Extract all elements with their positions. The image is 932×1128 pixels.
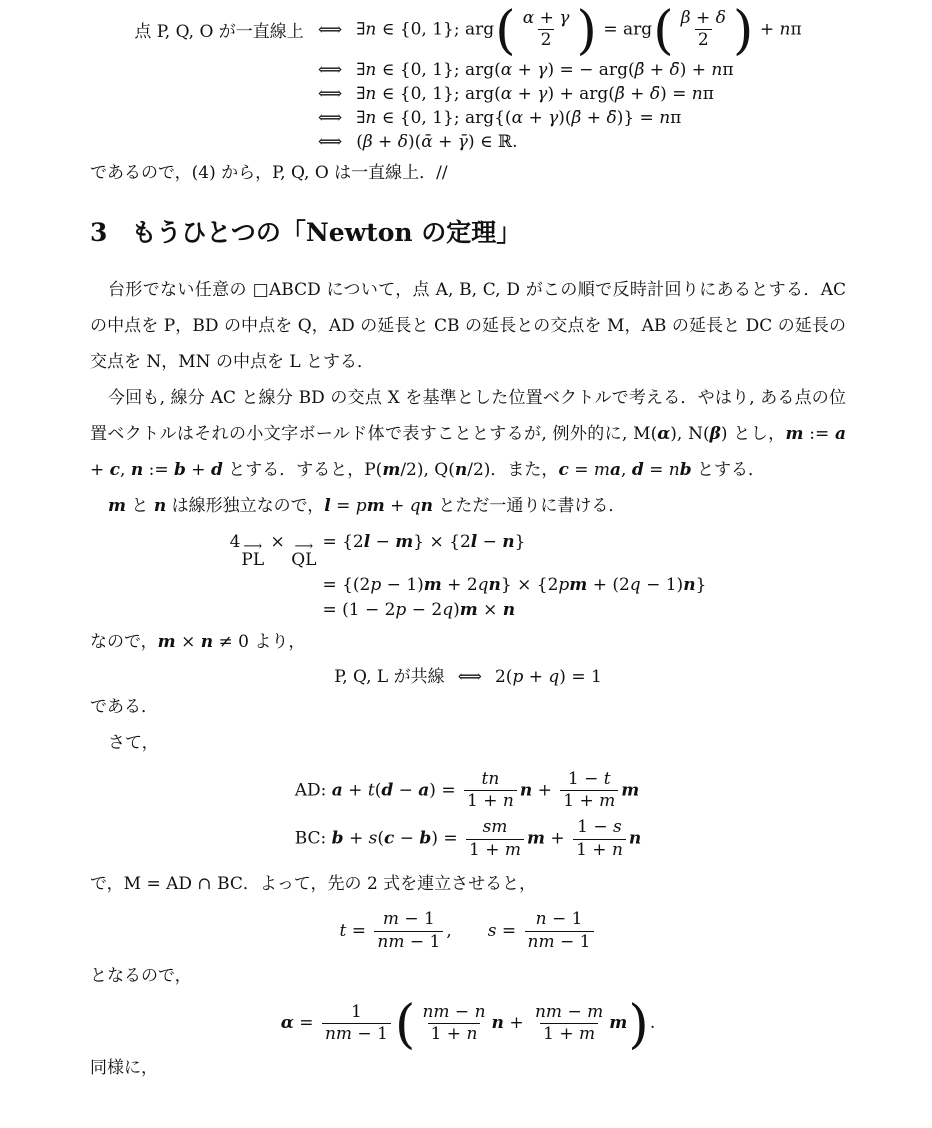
equation-rhs: ∃n ∈ {0, 1}; arg(α + γ2) = arg(β + δ2) +… [356,6,801,58]
equation-block-ad-bc: AD: a + t(d − a) = tn1 + nn + 1 − t1 + m… [90,766,846,863]
fraction-numerator: 1 − t [565,769,614,790]
math-vector: n [492,1013,504,1033]
equation-row: ⟺ ∃n ∈ {0, 1}; arg{(α + γ)(β̄ + δ̄)} = n… [134,106,801,130]
equation-row: ⟺ ∃n ∈ {0, 1}; arg(α + γ) + arg(β̄ + δ̄)… [134,82,801,106]
equation-lhs-empty [134,106,317,130]
times-symbol: × [265,532,290,552]
equation-lhs: 点 P, Q, O が一直線上 [134,6,317,58]
vector-base: PL [241,552,264,570]
fraction-denominator: 1 + n [428,1023,481,1045]
vector-ql: ⟶QL [291,542,316,570]
paragraph-dearu: である． [90,689,846,725]
math-text: α = [281,1013,319,1033]
section-number: 3 [90,218,107,247]
fraction-numerator: 1 [348,1002,365,1023]
equation-row: ⟺ ∃n ∈ {0, 1}; arg(α + γ) = − arg(β̄ + δ… [134,58,801,82]
math-text: = arg [598,19,652,39]
math-text: t = [339,921,371,941]
equation-lhs-empty [230,572,318,597]
iff-symbol: ⟺ [445,667,495,687]
equation-bc: BC: b + s(c − b) = sm1 + mm + 1 − s1 + n… [295,815,642,864]
fraction-denominator: 1 + m [540,1023,598,1045]
equation-rhs: ∃n ∈ {0, 1}; arg(α + γ) + arg(β̄ + δ̄) =… [356,82,801,106]
equation-block-pl-ql: 4⟶PL × ⟶QL = {2l − m} × {2l − n} = {(2p … [90,530,846,623]
fraction-numerator: nm − m [532,1002,606,1023]
fraction-numerator: sm [480,817,511,838]
equation-row: 4⟶PL × ⟶QL = {2l − m} × {2l − n} [230,530,707,573]
math-text: ∃n ∈ {0, 1}; arg [356,19,494,39]
equation-rhs: ∃n ∈ {0, 1}; arg(α + γ) = − arg(β̄ + δ̄)… [356,58,801,82]
equation-row: = {(2p − 1)m + 2qn} × {2pm + (2q − 1)n} [230,572,707,597]
fraction: m − 1nm − 1 [374,909,443,953]
fraction: 1 − s1 + n [573,817,626,861]
equation-rhs: = (1 − 2p − 2q)m × n [317,597,706,622]
fraction-denominator: 2 [538,29,555,51]
iff-symbol: ⟺ [318,82,356,106]
equation-lhs: 4⟶PL × ⟶QL [230,530,318,573]
equation-lhs-empty [134,130,317,154]
paragraph-nanode: なので，m × n ≠ 0 より， [90,624,846,660]
equation-lhs-empty [134,58,317,82]
fraction: sm1 + m [466,817,524,861]
equation-rhs: = {(2p − 1)m + 2qn} × {2pm + (2q − 1)n} [317,572,706,597]
paragraph-linear-independence: m と n は線形独立なので，l = pm + qn とただ一通りに書ける． [90,488,846,524]
math-vector: m [609,1013,627,1033]
paragraph-douyou: 同様に， [90,1050,846,1086]
fraction: 1 − t1 + m [560,769,618,813]
fraction-numerator: nm − n [419,1002,488,1023]
fraction-numerator: m − 1 [380,909,438,930]
fraction: β + δ2 [678,8,729,52]
aligned-equations: AD: a + t(d − a) = tn1 + nn + 1 − t1 + m… [295,766,642,863]
math-text: AD: a + t(d − a) = [295,780,461,800]
math-vector: n [629,829,641,849]
fraction-numerator: β + δ [678,8,729,29]
fraction-denominator: nm − 1 [525,931,594,953]
comma: , [446,921,451,941]
equation-collinear: P, Q, L が共線⟺2(p + q) = 1 [90,662,846,687]
fraction: tn1 + n [464,769,517,813]
math-text: 2(p + q) = 1 [495,667,602,687]
math-text: P, Q, L が共線 [334,667,444,687]
iff-symbol: ⟺ [318,6,356,58]
equation-row: ⟺ (β + δ)(ᾱ + γ̄) ∈ ℝ. [134,130,801,154]
aligned-equations: 4⟶PL × ⟶QL = {2l − m} × {2l − n} = {(2p … [230,530,707,623]
equation-rhs: = {2l − m} × {2l − n} [317,530,706,573]
math-vector: m [527,829,545,849]
math-coefficient: 4 [230,532,241,552]
equation-ts: t = m − 1nm − 1,s = n − 1nm − 1 [90,909,846,953]
equation-lhs-empty [134,82,317,106]
vector-base: QL [291,552,316,570]
section-heading: 3もうひとつの「Newton の定理」 [90,218,846,248]
math-vector: m [621,780,639,800]
equation-row: BC: b + s(c − b) = sm1 + mm + 1 − s1 + n… [295,815,642,864]
equation-ad: AD: a + t(d − a) = tn1 + nn + 1 − t1 + m… [295,766,642,815]
equation-block-collinearity-proof: 点 P, Q, O が一直線上 ⟺ ∃n ∈ {0, 1}; arg(α + γ… [134,6,801,154]
equation-rhs: (β + δ)(ᾱ + γ̄) ∈ ℝ. [356,130,801,154]
fraction-denominator: 1 + n [573,839,626,861]
paragraph-vectors: 今回も, 線分 AC と線分 BD の交点 X を基準とした位置ベクトルで考える… [90,380,846,488]
fraction-denominator: 1 + m [466,839,524,861]
equation-lhs-empty [230,597,318,622]
equation-row: 点 P, Q, O が一直線上 ⟺ ∃n ∈ {0, 1}; arg(α + γ… [134,6,801,58]
math-text: s = [488,921,522,941]
equation-rhs: ∃n ∈ {0, 1}; arg{(α + γ)(β̄ + δ̄)} = nπ [356,106,801,130]
iff-symbol: ⟺ [318,58,356,82]
paragraph-tonaru: となるので， [90,958,846,994]
plus-symbol: + [504,1013,529,1033]
iff-symbol: ⟺ [318,130,356,154]
equation-alpha: α = 1nm − 1(nm − n1 + nn + nm − m1 + mm)… [90,1002,846,1046]
fraction: n − 1nm − 1 [525,909,594,953]
fraction-numerator: n − 1 [533,909,586,930]
document-page: 点 P, Q, O が一直線上 ⟺ ∃n ∈ {0, 1}; arg(α + γ… [0,0,932,1086]
equation-row: AD: a + t(d − a) = tn1 + nn + 1 − t1 + m… [295,766,642,815]
fraction-numerator: 1 − s [574,817,625,838]
paragraph-proof-conclusion: であるので，(4) から，P, Q, O は一直線上．// [90,158,846,188]
paragraph-sate: さて， [90,725,846,761]
section-title: もうひとつの「Newton の定理」 [131,218,521,247]
plus-symbol: + [532,780,557,800]
fraction-denominator: 1 + n [464,790,517,812]
paragraph-setup: 台形でない任意の □ABCD について，点 A, B, C, D がこの順で反時… [90,272,846,380]
fraction: nm − n1 + n [419,1002,488,1046]
math-text: BC: b + s(c − b) = [295,829,463,849]
iff-symbol: ⟺ [318,106,356,130]
fraction-denominator: 1 + m [560,790,618,812]
equation-row: = (1 − 2p − 2q)m × n [230,597,707,622]
paragraph-intersection: で，M = AD ∩ BC．よって，先の 2 式を連立させると， [90,866,846,902]
fraction-denominator: nm − 1 [322,1023,391,1045]
period: . [650,1013,655,1033]
fraction-denominator: 2 [695,29,712,51]
plus-symbol: + [545,829,570,849]
fraction: nm − m1 + m [532,1002,606,1046]
fraction-denominator: nm − 1 [374,931,443,953]
fraction: 1nm − 1 [322,1002,391,1046]
fraction-numerator: tn [479,769,503,790]
math-vector: n [520,780,532,800]
fraction: α + γ2 [520,8,573,52]
math-text: + nπ [754,19,801,39]
fraction-numerator: α + γ [520,8,573,29]
vector-pl: ⟶PL [241,542,264,570]
